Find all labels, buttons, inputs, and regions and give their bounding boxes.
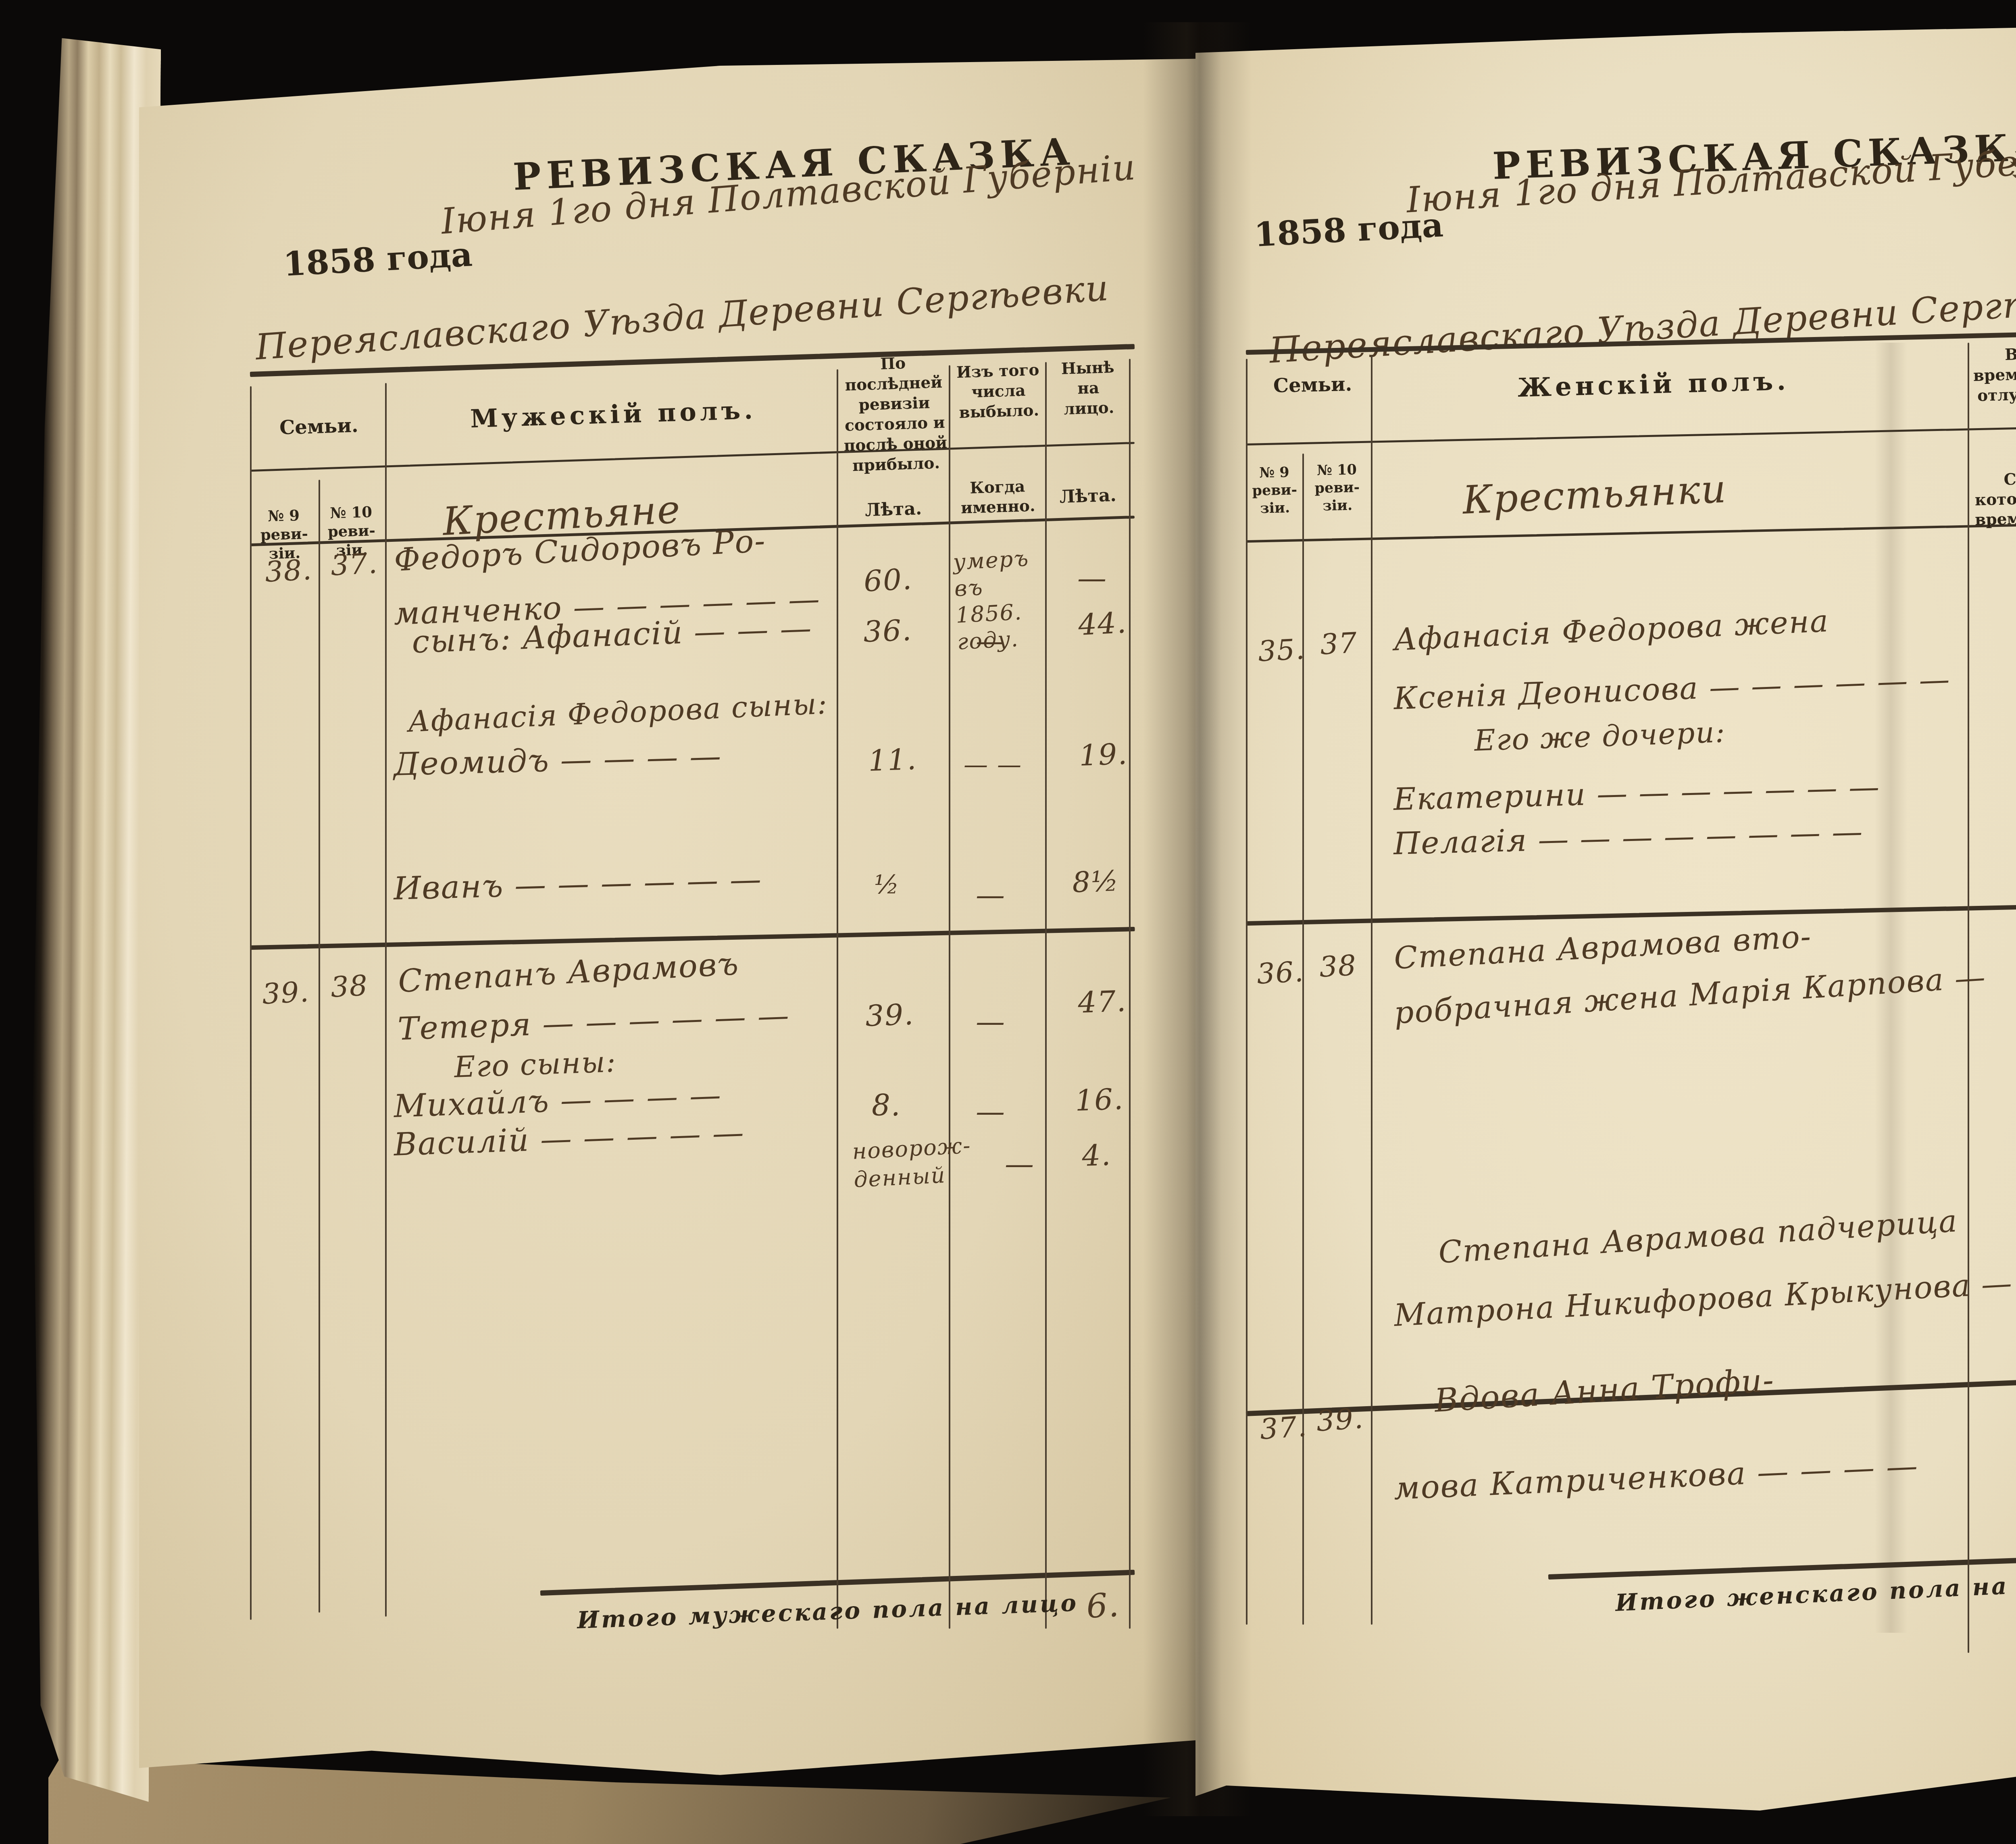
entry-age-now: 8½ (1072, 864, 1120, 899)
table-line (1129, 359, 1131, 1629)
entry-dash: — (976, 1095, 1006, 1128)
entry-age-last: 11. (868, 742, 917, 778)
entry-sublabel: Его сыны: (454, 1045, 617, 1084)
left-col-when: Когда именно. (952, 476, 1043, 518)
left-col-families: Семьи. (258, 414, 380, 440)
family-number-9th: 35. (1257, 633, 1306, 668)
family-number-10th: 37 (1319, 626, 1358, 661)
table-line (1045, 362, 1047, 1629)
left-col-last-revision: По послѣдней ревизіи состояло и послѣ он… (841, 352, 948, 476)
entry-age-last: 8. (872, 1089, 901, 1122)
left-col-years-b: Лѣта. (1048, 485, 1128, 508)
family-number-10th: 38 (330, 969, 369, 1004)
table-line (1246, 359, 1248, 1625)
entry-age-now: 19. (1079, 737, 1128, 772)
family-number-9th: 37. (1259, 1410, 1308, 1446)
family-number-10th: 38 (1318, 949, 1358, 984)
left-col-years-a: Лѣта. (843, 497, 944, 521)
family-number-10th: 37. (330, 547, 379, 582)
family-number-9th: 36. (1256, 955, 1305, 991)
family-number-10th: 39. (1315, 1402, 1365, 1438)
family-number-9th: 38. (264, 553, 313, 589)
entry-age-now: 16. (1075, 1082, 1124, 1118)
right-col-rev9: № 9 реви­зіи. (1248, 463, 1301, 517)
entry-age-last: 36. (863, 613, 912, 649)
entry-age-now: 4. (1081, 1138, 1112, 1172)
ink-flourish (1972, 1600, 2016, 1725)
entry-age-now: 47. (1077, 984, 1127, 1020)
entry-age-last: 39. (865, 997, 914, 1033)
family-number-9th: 39. (261, 975, 310, 1011)
left-total-value: 6. (1085, 1586, 1120, 1626)
left-col-present: Нынѣ на лицо. (1049, 357, 1128, 420)
entry-note-newborn: новорож­денный (852, 1131, 983, 1194)
table-line (1371, 355, 1372, 1625)
table-line (837, 369, 838, 1629)
entry-dash: — (976, 624, 1006, 658)
entry-dash: — (1005, 1147, 1035, 1181)
right-col-since: Съ котораго времени. (1968, 468, 2016, 530)
right-col-absence: Во временной отлучкѣ. (1972, 343, 2016, 406)
table-line (949, 365, 950, 1629)
table-line (1302, 454, 1304, 1625)
table-line (250, 386, 252, 1620)
right-col-rev10: № 10 реви­зіи. (1306, 461, 1368, 515)
entry-age-last: 60. (863, 562, 913, 598)
table-line (385, 383, 387, 1617)
entry-age-last: ½ (874, 870, 900, 900)
book-scan: РЕВИЗСКАЯ СКАЗКА 1858 года Іюня 1го дня … (0, 0, 2016, 1844)
right-col-families: Семьи. (1254, 373, 1371, 398)
table-line (1968, 343, 1969, 1653)
book-gutter-shadow (1143, 22, 1252, 1816)
entry-dash: — (976, 878, 1006, 912)
entry-age-now: 44. (1077, 606, 1128, 642)
entry-dash: — (976, 1005, 1006, 1039)
left-col-departed: Изъ того числа выбыло. (955, 360, 1042, 423)
imperial-eagle-stamp-icon (2006, 121, 2016, 254)
table-line (319, 480, 320, 1613)
entry-dash: — — (964, 751, 1022, 779)
entry-dash: — (1077, 561, 1107, 595)
